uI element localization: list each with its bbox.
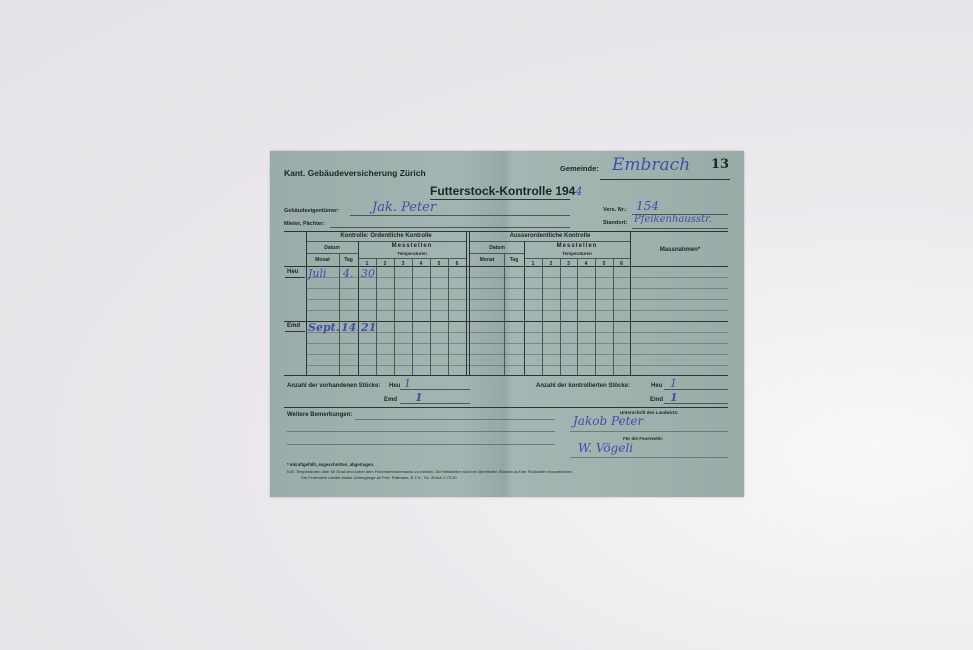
ordentliche-kontrolle-header: Kontrolle: Ordentliche Kontrolle [306, 233, 466, 239]
row-line [306, 354, 728, 355]
row-label-underline [285, 331, 305, 332]
row-line [306, 310, 728, 311]
standort-label: Standort: [603, 220, 627, 226]
temperaturen-label-right: Temperaturen [524, 251, 630, 256]
col-number: 2 [542, 261, 560, 267]
counts-bottom-border [284, 407, 728, 408]
vorhanden-emd-label: Emd [384, 397, 397, 403]
divider [306, 241, 466, 242]
monat-label-right: Monat [470, 257, 504, 263]
vers-nr-value[interactable]: 154 [636, 199, 659, 213]
col-number: 5 [595, 261, 613, 267]
col-number: 5 [430, 261, 448, 267]
col-border [542, 258, 543, 375]
title-year-handwritten: 4 [575, 185, 582, 198]
heu-monat[interactable]: Juli [308, 267, 327, 280]
remarks-input[interactable] [355, 410, 555, 446]
kontrolliert-heu-label: Heu [651, 383, 662, 389]
page-number: 13 [711, 157, 729, 172]
signature-line [570, 431, 728, 432]
col-border [595, 258, 596, 375]
title-printed: Futterstock-Kontrolle 194 [430, 184, 575, 198]
row-line [306, 365, 728, 366]
futterstock-kontrolle-form: Kant. Gebäudeversicherung Zürich Gemeind… [270, 151, 744, 497]
col-border [430, 258, 431, 375]
col-number: 2 [376, 261, 394, 267]
feuerwehr-signature[interactable]: W. Vögeli [578, 441, 633, 455]
massnahmen-header: Massnahmen* [632, 247, 728, 253]
vers-nr-label: Vers. Nr.: [603, 207, 627, 213]
underline [664, 403, 728, 404]
col-border [376, 258, 377, 375]
col-number: 6 [613, 261, 630, 267]
standort-underline [632, 228, 728, 229]
col-number: 4 [577, 261, 595, 267]
tenant-label: Mieter, Pächter: [284, 221, 325, 227]
footnote-feuerwehr: Die Feuerwehr meldet starke Uebergänge a… [301, 475, 458, 480]
vorhanden-label: Anzahl der vorhandenen Stöcke: [287, 383, 380, 389]
col-border [613, 258, 614, 375]
col-border [560, 258, 561, 375]
signature-line [570, 457, 728, 458]
col-border [412, 258, 413, 375]
datum-label-left: Datum [306, 245, 358, 251]
col-border [339, 253, 340, 375]
messstellen-label-left: Messtellen [358, 243, 466, 249]
col-border [448, 258, 449, 375]
col-number: 1 [524, 261, 542, 267]
underline [664, 389, 728, 390]
divider [306, 253, 358, 254]
gemeinde-underline [600, 179, 730, 180]
row-label-underline [285, 277, 305, 278]
col-number: 4 [412, 261, 430, 267]
table-top-border [284, 231, 728, 232]
tenant-value[interactable] [330, 217, 570, 227]
tag-label-left: Tag [339, 257, 358, 263]
underline [400, 403, 470, 404]
kontrolliert-emd-label: Emd [650, 397, 663, 403]
landwirt-signature[interactable]: Jakob Peter [573, 414, 643, 428]
row-line [306, 288, 728, 289]
footnote-nb: N.B. Temperaturen über 60 Grad sind sofo… [287, 469, 573, 474]
emd-monat[interactable]: Sept. [308, 321, 340, 334]
row-line [306, 299, 728, 300]
col-border [577, 258, 578, 375]
temperaturen-label-left: Temperaturen [358, 251, 466, 256]
emd-tag[interactable]: 14. [341, 321, 360, 334]
col-number: 3 [560, 261, 577, 267]
col-border [504, 253, 505, 375]
underline [400, 389, 470, 390]
gemeinde-value[interactable]: Embrach [612, 155, 690, 175]
col-border [394, 258, 395, 375]
gemeinde-label: Gemeinde: [560, 164, 599, 173]
col-number: 6 [448, 261, 466, 267]
form-title: Futterstock-Kontrolle 1944 [430, 184, 582, 198]
owner-underline [350, 215, 570, 216]
messstellen-label-right: Messtellen [524, 243, 630, 249]
row-line [306, 343, 728, 344]
emd-temp-1[interactable]: 21 [361, 321, 376, 334]
heu-tag[interactable]: 4. [343, 267, 354, 280]
monat-label-left: Monat [306, 257, 339, 263]
heu-temp-1[interactable]: 30 [361, 267, 375, 280]
row-label-emd: Emd [287, 323, 300, 329]
row-label-heu: Heu [287, 269, 298, 275]
remarks-label: Weitere Bemerkungen: [287, 412, 352, 418]
tenant-underline [330, 227, 570, 228]
datum-label-right: Datum [470, 245, 524, 251]
table-bottom-border [284, 375, 728, 376]
standort-value[interactable]: Pfeikenhausstr. [634, 214, 712, 225]
institution-name: Kant. Gebäudeversicherung Zürich [284, 168, 426, 178]
owner-label: Gebäudeeigentümer: [284, 208, 339, 214]
ausserordentliche-kontrolle-header: Ausserordentliche Kontrolle [470, 233, 630, 239]
kontrolliert-label: Anzahl der kontrollierten Stöcke: [536, 383, 630, 389]
title-underline [430, 199, 570, 200]
divider [470, 253, 524, 254]
divider [470, 241, 630, 242]
tag-label-right: Tag [504, 257, 524, 263]
col-number: 3 [394, 261, 412, 267]
footnote-asterisk: * Inkraftgefüllt, angeschnitten, abgetra… [287, 462, 374, 467]
owner-value[interactable]: Jak. Peter [372, 200, 436, 215]
vorhanden-heu-label: Heu [389, 383, 400, 389]
